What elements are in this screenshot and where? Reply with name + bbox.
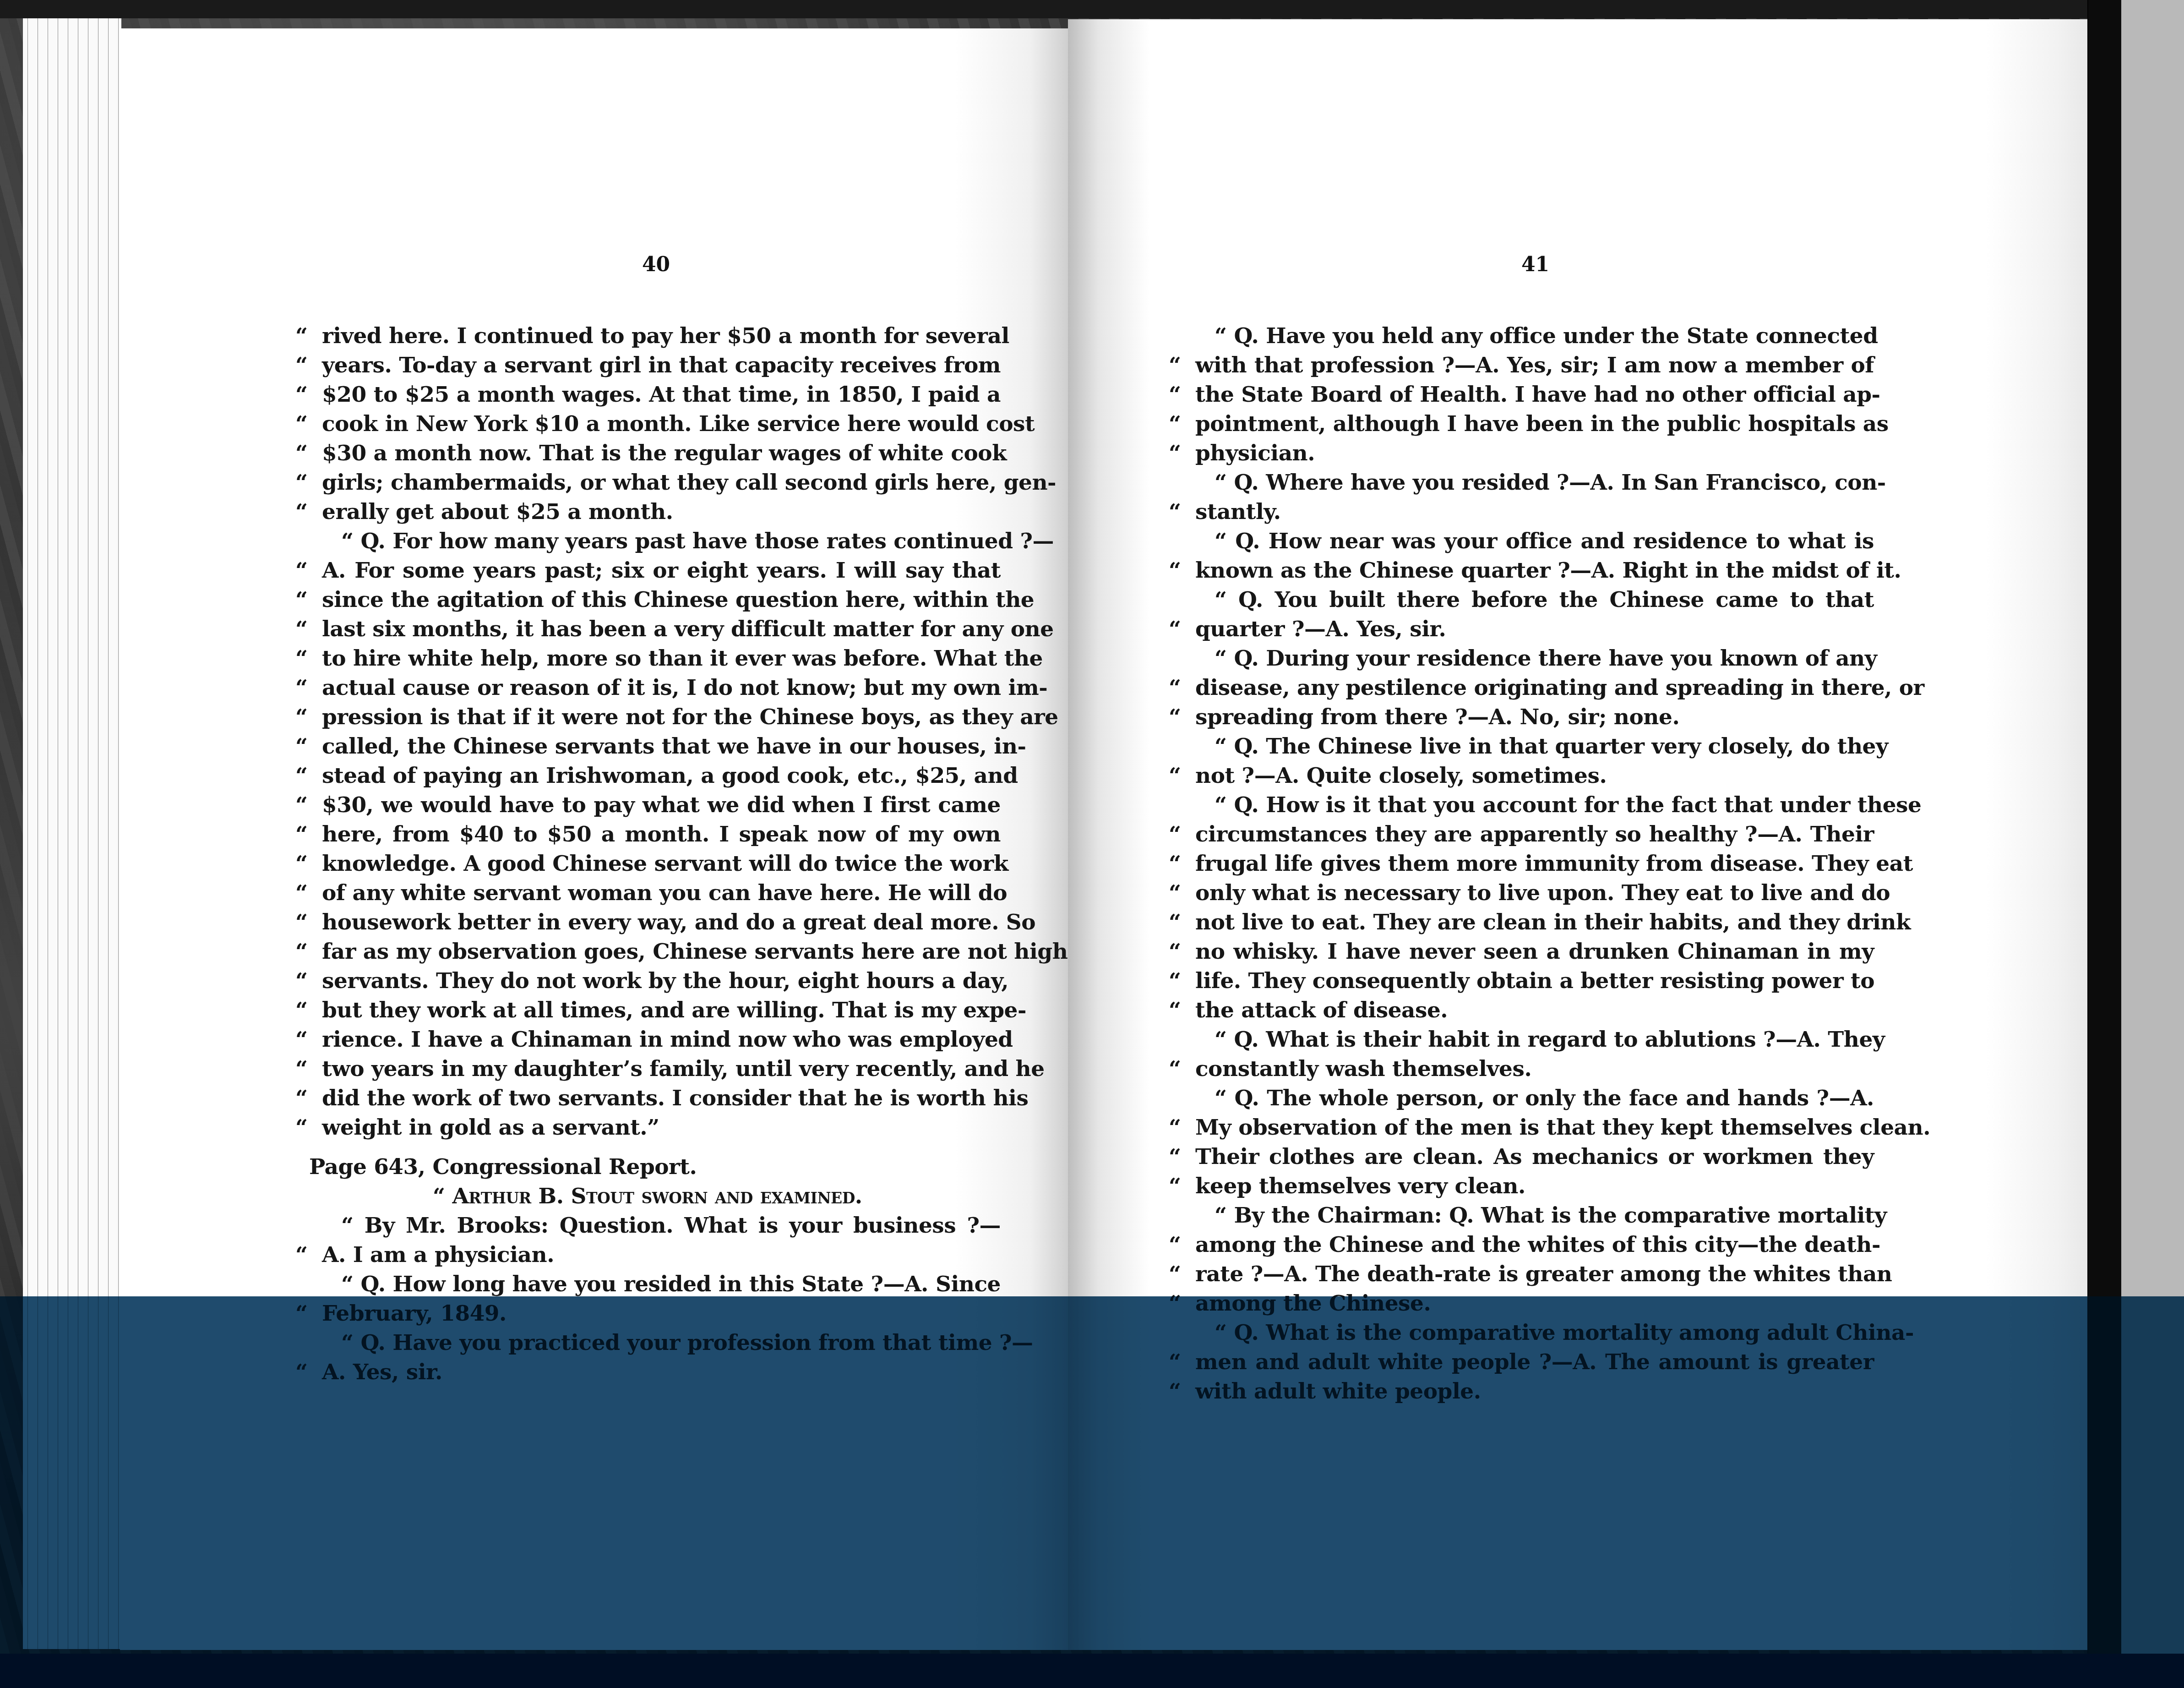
- quote-mark: “: [1169, 820, 1195, 849]
- line-text: “ Q. Have you held any office under the …: [1195, 322, 1878, 351]
- quote-mark: “: [1169, 439, 1195, 468]
- text-line: “years. To-day a servant girl in that ca…: [295, 351, 1001, 380]
- citation: Page 643, Congressional Report.: [295, 1153, 1001, 1182]
- quote-mark: “: [1169, 967, 1195, 996]
- page-number-left: 40: [642, 253, 670, 276]
- quote-mark: “: [295, 879, 322, 908]
- line-text: pointment, although I have been in the p…: [1195, 410, 1889, 439]
- quote-mark: “: [295, 996, 322, 1025]
- line-text: erally get about $25 a month.: [322, 497, 1001, 527]
- text-line: “the attack of disease.: [1169, 996, 1874, 1025]
- quote-mark: [1169, 1084, 1195, 1113]
- line-text: called, the Chinese servants that we hav…: [322, 732, 1026, 761]
- line-text: $30 a month now. That is the regular wag…: [322, 439, 1007, 468]
- quote-mark: “: [295, 556, 322, 585]
- line-text: weight in gold as a servant.”: [322, 1113, 1001, 1142]
- quote-mark: “: [1169, 673, 1195, 703]
- line-text: with that profession ?—A. Yes, sir; I am…: [1195, 351, 1874, 380]
- text-line: “stantly.: [1169, 497, 1874, 527]
- text-line: “rience. I have a Chinaman in mind now w…: [295, 1025, 1001, 1054]
- quote-mark: “: [295, 967, 322, 996]
- quote-mark: [1169, 322, 1195, 351]
- line-text: rived here. I continued to pay her $50 a…: [322, 322, 1009, 351]
- line-text: far as my observation goes, Chinese serv…: [322, 937, 1067, 967]
- text-line: “Their clothes are clean. As mechanics o…: [1169, 1142, 1874, 1172]
- text-line: “to hire white help, more so than it eve…: [295, 644, 1001, 673]
- quote-mark: “: [1169, 761, 1195, 791]
- line-text: here, from $40 to $50 a month. I speak n…: [322, 820, 1001, 849]
- line-text: rate ?—A. The death-rate is greater amon…: [1195, 1260, 1892, 1289]
- text-line: “ Q. The whole person, or only the face …: [1169, 1084, 1874, 1113]
- text-line: “erally get about $25 a month.: [295, 497, 1001, 527]
- quote-mark: “: [295, 732, 322, 761]
- line-text: “ Q. How near was your office and reside…: [1195, 527, 1874, 556]
- quote-mark: “: [1169, 410, 1195, 439]
- line-text: the State Board of Health. I have had no…: [1195, 380, 1880, 410]
- line-text: circumstances they are apparently so hea…: [1195, 820, 1874, 849]
- line-text: years. To-day a servant girl in that cap…: [322, 351, 1001, 380]
- text-line: “here, from $40 to $50 a month. I speak …: [295, 820, 1001, 849]
- quote-mark: “: [295, 322, 322, 351]
- text-line: “disease, any pestilence originating and…: [1169, 673, 1874, 703]
- citation-text: Page 643, Congressional Report.: [309, 1153, 1001, 1182]
- quote-mark: “: [1169, 1113, 1195, 1142]
- line-text: “ By the Chairman: Q. What is the compar…: [1195, 1201, 1887, 1230]
- line-text: housework better in every way, and do a …: [322, 908, 1035, 937]
- text-line: “quarter ?—A. Yes, sir.: [1169, 615, 1874, 644]
- text-line: “no whisky. I have never seen a drunken …: [1169, 937, 1874, 967]
- quote-mark: [1169, 468, 1195, 497]
- text-line: “with that profession ?—A. Yes, sir; I a…: [1169, 351, 1874, 380]
- quote-mark: [295, 527, 322, 556]
- line-text: constantly wash themselves.: [1195, 1054, 1874, 1084]
- text-line: “A. For some years past; six or eight ye…: [295, 556, 1001, 585]
- text-line: “actual cause or reason of it is, I do n…: [295, 673, 1001, 703]
- line-text: physician.: [1195, 439, 1874, 468]
- quote-mark: [1169, 791, 1195, 820]
- text-line: “since the agitation of this Chinese que…: [295, 585, 1001, 615]
- quote-mark: “: [295, 439, 322, 468]
- line-text: stantly.: [1195, 497, 1874, 527]
- text-line: “ Q. Have you held any office under the …: [1169, 322, 1874, 351]
- text-line: “weight in gold as a servant.”: [295, 1113, 1001, 1142]
- quote-mark: “: [1169, 1054, 1195, 1084]
- text-line: “knowledge. A good Chinese servant will …: [295, 849, 1001, 879]
- quote-mark: “: [295, 1025, 322, 1054]
- quote-mark: “: [1169, 380, 1195, 410]
- line-text: “ Q. The whole person, or only the face …: [1195, 1084, 1874, 1113]
- quote-mark: “: [295, 908, 322, 937]
- text-line: “far as my observation goes, Chinese ser…: [295, 937, 1001, 967]
- line-text: not live to eat. They are clean in their…: [1195, 908, 1911, 937]
- line-text: cook in New York $10 a month. Like servi…: [322, 410, 1035, 439]
- text-line: “two years in my daughter’s family, unti…: [295, 1054, 1001, 1084]
- bottom-background: [0, 1654, 2184, 1688]
- line-text: “ Q. How long have you resided in this S…: [322, 1270, 1001, 1299]
- quote-mark: “: [1169, 1230, 1195, 1260]
- quote-mark: “: [1169, 703, 1195, 732]
- quote-mark: [1169, 732, 1195, 761]
- quote-mark: “: [1169, 615, 1195, 644]
- text-line: “the State Board of Health. I have had n…: [1169, 380, 1874, 410]
- line-text: keep themselves very clean.: [1195, 1172, 1874, 1201]
- text-line: “pointment, although I have been in the …: [1169, 410, 1874, 439]
- line-text: “ Q. You built there before the Chinese …: [1195, 585, 1874, 615]
- line-text: the attack of disease.: [1195, 996, 1874, 1025]
- line-text: of any white servant woman you can have …: [322, 879, 1007, 908]
- text-line: “servants. They do not work by the hour,…: [295, 967, 1001, 996]
- line-text: actual cause or reason of it is, I do no…: [322, 673, 1047, 703]
- quote-mark: “: [295, 1113, 322, 1142]
- text-line: “rate ?—A. The death-rate is greater amo…: [1169, 1260, 1874, 1289]
- line-text: quarter ?—A. Yes, sir.: [1195, 615, 1874, 644]
- text-line: “ Q. How is it that you account for the …: [1169, 791, 1874, 820]
- text-line: “only what is necessary to live upon. Th…: [1169, 879, 1874, 908]
- text-line: “life. They consequently obtain a better…: [1169, 967, 1874, 996]
- quote-mark: “: [1169, 849, 1195, 879]
- text-line: “ Q. You built there before the Chinese …: [1169, 585, 1874, 615]
- quote-mark: “: [1169, 351, 1195, 380]
- text-line: “$20 to $25 a month wages. At that time,…: [295, 380, 1001, 410]
- text-line: “physician.: [1169, 439, 1874, 468]
- text-line: “girls; chambermaids, or what they call …: [295, 468, 1001, 497]
- right-page-text: “ Q. Have you held any office under the …: [1169, 322, 1874, 1406]
- witness-heading: “ Arthur B. Stout sworn and examined.: [295, 1182, 1001, 1211]
- line-text: stead of paying an Irishwoman, a good co…: [322, 761, 1018, 791]
- quote-mark: “: [295, 380, 322, 410]
- text-line: “housework better in every way, and do a…: [295, 908, 1001, 937]
- line-text: but they work at all times, and are will…: [322, 996, 1026, 1025]
- quote-mark: “: [295, 820, 322, 849]
- quote-mark: “: [295, 1054, 322, 1084]
- text-line: “ Q. For how many years past have those …: [295, 527, 1001, 556]
- text-line: “spreading from there ?—A. No, sir; none…: [1169, 703, 1874, 732]
- quote-mark: “: [295, 410, 322, 439]
- line-text: girls; chambermaids, or what they call s…: [322, 468, 1056, 497]
- line-text: “ Q. How is it that you account for the …: [1195, 791, 1921, 820]
- line-text: spreading from there ?—A. No, sir; none.: [1195, 703, 1874, 732]
- quote-mark: [1169, 1201, 1195, 1230]
- text-line: “A. I am a physician.: [295, 1240, 1001, 1270]
- text-line: “not live to eat. They are clean in thei…: [1169, 908, 1874, 937]
- line-text: “ Q. During your residence there have yo…: [1195, 644, 1877, 673]
- quote-mark: “: [295, 615, 322, 644]
- line-text: life. They consequently obtain a better …: [1195, 967, 1874, 996]
- line-text: only what is necessary to live upon. The…: [1195, 879, 1890, 908]
- line-text: known as the Chinese quarter ?—A. Right …: [1195, 556, 1901, 585]
- quote-mark: “: [1169, 908, 1195, 937]
- text-line: “not ?—A. Quite closely, sometimes.: [1169, 761, 1874, 791]
- quote-mark: “: [1169, 937, 1195, 967]
- quote-mark: “: [1169, 556, 1195, 585]
- text-line: “ Q. How long have you resided in this S…: [295, 1270, 1001, 1299]
- text-line: “pression is that if it were not for the…: [295, 703, 1001, 732]
- book-cover-top-edge: [0, 0, 2120, 18]
- quote-mark: “: [295, 703, 322, 732]
- quote-mark: [1169, 644, 1195, 673]
- text-line: “but they work at all times, and are wil…: [295, 996, 1001, 1025]
- line-text: A. I am a physician.: [322, 1240, 1001, 1270]
- quote-mark: “: [1169, 996, 1195, 1025]
- line-text: did the work of two servants. I consider…: [322, 1084, 1028, 1113]
- quote-mark: “: [295, 497, 322, 527]
- quote-mark: “: [295, 937, 322, 967]
- line-text: “ Q. The Chinese live in that quarter ve…: [1195, 732, 1888, 761]
- quote-mark: “: [1169, 1260, 1195, 1289]
- line-text: two years in my daughter’s family, until…: [322, 1054, 1045, 1084]
- text-line: “last six months, it has been a very dif…: [295, 615, 1001, 644]
- text-line: “My observation of the men is that they …: [1169, 1113, 1874, 1142]
- line-text: to hire white help, more so than it ever…: [322, 644, 1043, 673]
- left-page-text: “rived here. I continued to pay her $50 …: [295, 322, 1001, 1387]
- line-text: no whisky. I have never seen a drunken C…: [1195, 937, 1874, 967]
- quote-mark: “: [295, 761, 322, 791]
- quote-mark: [295, 1270, 322, 1299]
- line-text: A. For some years past; six or eight yea…: [322, 556, 1001, 585]
- line-text: pression is that if it were not for the …: [322, 703, 1058, 732]
- teal-overlay-tint: [0, 1296, 2184, 1688]
- line-text: My observation of the men is that they k…: [1195, 1113, 1930, 1142]
- quote-mark: [1169, 585, 1195, 615]
- witness-heading-text: “ Arthur B. Stout sworn and examined.: [433, 1182, 1001, 1211]
- text-line: “keep themselves very clean.: [1169, 1172, 1874, 1201]
- line-text: “ Q. For how many years past have those …: [322, 527, 1054, 556]
- text-line: “$30, we would have to pay what we did w…: [295, 791, 1001, 820]
- quote-mark: [1169, 527, 1195, 556]
- text-line: “ Q. The Chinese live in that quarter ve…: [1169, 732, 1874, 761]
- line-text: frugal life gives them more immunity fro…: [1195, 849, 1913, 879]
- quote-mark: “: [295, 351, 322, 380]
- quote-mark: “: [1169, 497, 1195, 527]
- line-text: last six months, it has been a very diff…: [322, 615, 1054, 644]
- quote-mark: “: [295, 1084, 322, 1113]
- quote-mark: “: [1169, 1142, 1195, 1172]
- text-line: “known as the Chinese quarter ?—A. Right…: [1169, 556, 1874, 585]
- quote-mark: “: [295, 673, 322, 703]
- text-line: “ Q. During your residence there have yo…: [1169, 644, 1874, 673]
- text-line: “$30 a month now. That is the regular wa…: [295, 439, 1001, 468]
- text-line: “called, the Chinese servants that we ha…: [295, 732, 1001, 761]
- text-line: “stead of paying an Irishwoman, a good c…: [295, 761, 1001, 791]
- quote-mark: [295, 1211, 322, 1240]
- line-text: disease, any pestilence originating and …: [1195, 673, 1924, 703]
- page-number-right: 41: [1521, 253, 1549, 276]
- text-line: “ By Mr. Brooks: Question. What is your …: [295, 1211, 1001, 1240]
- line-text: $20 to $25 a month wages. At that time, …: [322, 380, 1001, 410]
- line-text: “ Q. Where have you resided ?—A. In San …: [1195, 468, 1886, 497]
- quote-mark: “: [295, 1240, 322, 1270]
- text-line: “of any white servant woman you can have…: [295, 879, 1001, 908]
- quote-mark: “: [1169, 1172, 1195, 1201]
- text-line: “ Q. How near was your office and reside…: [1169, 527, 1874, 556]
- line-text: knowledge. A good Chinese servant will d…: [322, 849, 1008, 879]
- quote-mark: “: [295, 585, 322, 615]
- line-text: Their clothes are clean. As mechanics or…: [1195, 1142, 1874, 1172]
- quote-mark: “: [1169, 879, 1195, 908]
- quote-mark: [1169, 1025, 1195, 1054]
- text-line: “circumstances they are apparently so he…: [1169, 820, 1874, 849]
- text-line: “rived here. I continued to pay her $50 …: [295, 322, 1001, 351]
- text-line: “ Q. What is their habit in regard to ab…: [1169, 1025, 1874, 1054]
- quote-mark: “: [295, 849, 322, 879]
- line-text: $30, we would have to pay what we did wh…: [322, 791, 1001, 820]
- text-line: “did the work of two servants. I conside…: [295, 1084, 1001, 1113]
- text-line: “frugal life gives them more immunity fr…: [1169, 849, 1874, 879]
- quote-mark: “: [295, 791, 322, 820]
- line-text: not ?—A. Quite closely, sometimes.: [1195, 761, 1874, 791]
- line-text: rience. I have a Chinaman in mind now wh…: [322, 1025, 1013, 1054]
- quote-mark: “: [295, 644, 322, 673]
- text-line: “ By the Chairman: Q. What is the compar…: [1169, 1201, 1874, 1230]
- line-text: “ Q. What is their habit in regard to ab…: [1195, 1025, 1885, 1054]
- text-line: “ Q. Where have you resided ?—A. In San …: [1169, 468, 1874, 497]
- text-line: “among the Chinese and the whites of thi…: [1169, 1230, 1874, 1260]
- line-text: since the agitation of this Chinese ques…: [322, 585, 1034, 615]
- text-line: “cook in New York $10 a month. Like serv…: [295, 410, 1001, 439]
- line-text: servants. They do not work by the hour, …: [322, 967, 1008, 996]
- text-line: “constantly wash themselves.: [1169, 1054, 1874, 1084]
- line-text: among the Chinese and the whites of this…: [1195, 1230, 1880, 1260]
- line-text: “ By Mr. Brooks: Question. What is your …: [322, 1211, 1001, 1240]
- quote-mark: “: [295, 468, 322, 497]
